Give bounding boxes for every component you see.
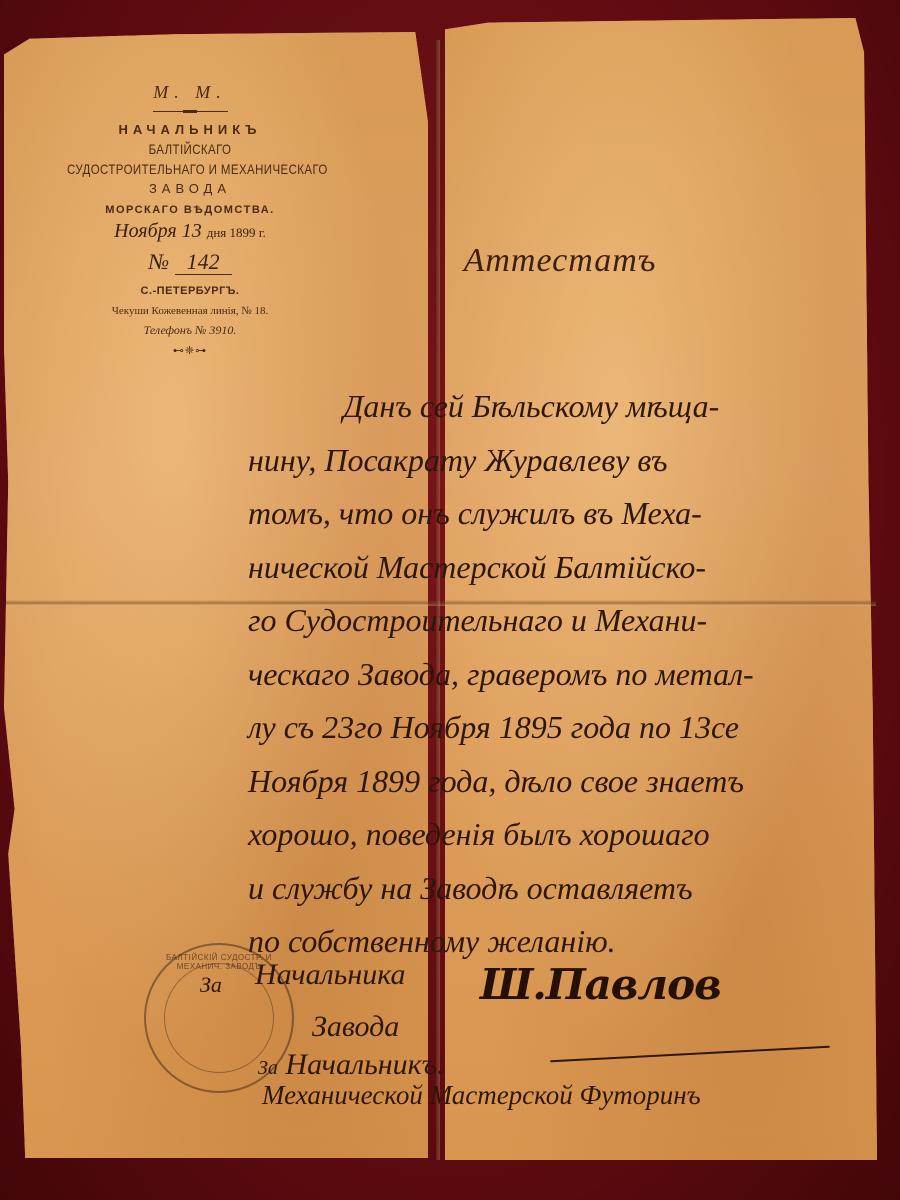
letterhead-title: НАЧАЛЬНИКЪ	[40, 122, 340, 137]
letterhead-line-2: СУДОСТРОИТЕЛЬНАГО И МЕХАНИЧЕСКАГО	[67, 161, 313, 177]
certificate-body: Данъ сей Бѣльскому мѣща- нину, Посакрату…	[248, 380, 878, 969]
body-line: Данъ сей Бѣльскому мѣща-	[248, 380, 878, 434]
body-line: нину, Посакрату Журавлеву въ	[248, 434, 878, 488]
issue-date-month: Ноября	[114, 220, 177, 242]
body-line: нической Мастерской Балтійско-	[248, 541, 878, 595]
letterhead: М. М. НАЧАЛЬНИКЪ БАЛТІЙСКАГО СУДОСТРОИТЕ…	[40, 82, 340, 357]
document-title: Аттестатъ	[400, 242, 720, 280]
body-line: томъ, что онъ служилъ въ Меха-	[248, 487, 878, 541]
issue-date: Ноября 13 дня 1899 г.	[40, 220, 340, 243]
document-number: № 142	[40, 249, 340, 275]
letterhead-initials: М. М.	[40, 82, 340, 103]
issue-date-suffix: дня 1899 г.	[207, 225, 266, 240]
body-line: го Судостроительнаго и Механи-	[248, 594, 878, 648]
letterhead-line-3: ЗАВОДА	[40, 181, 340, 196]
signatory-line-1: За Начальника	[255, 958, 405, 992]
document-number-value: 142	[175, 249, 232, 275]
body-line: ческаго Завода, граверомъ по метал-	[248, 648, 878, 702]
signatory-title: Начальникъ.	[285, 1048, 444, 1081]
letterhead-line-1: БАЛТІЙСКАГО	[67, 141, 313, 157]
issue-date-day: 13	[182, 220, 202, 242]
signatory-line-4: Механической Мастерской Футоринъ	[262, 1080, 701, 1111]
signatory-title: Начальника	[255, 958, 405, 991]
signatory-line-2: Завода	[312, 1010, 399, 1044]
letterhead-city: С.-ПЕТЕРБУРГЪ.	[40, 285, 340, 297]
document-number-label: №	[148, 249, 169, 274]
handwritten-signature: Ш.Павлов	[480, 960, 721, 1009]
signatory-line-3: За Начальникъ.	[258, 1048, 445, 1082]
body-line: Ноября 1899 года, дѣло свое знаетъ	[248, 755, 878, 809]
body-line: хорошо, поведенія былъ хорошаго	[248, 808, 878, 862]
letterhead-ministry: МОРСКАГО ВѢДОМСТВА.	[40, 204, 340, 216]
letterhead-address: Чекуши Кожевенная линія, № 18.	[40, 305, 340, 317]
signatory-prefix: За	[200, 972, 222, 998]
letterhead-phone: Телефонъ № 3910.	[40, 323, 340, 338]
body-line: лу съ 23го Ноября 1895 года по 13се	[248, 701, 878, 755]
signatory-prefix: За	[258, 1057, 278, 1079]
body-line: и службу на Заводѣ оставляетъ	[248, 862, 878, 916]
letterhead-divider	[153, 111, 228, 112]
ornament-icon: ⊷❈⊶	[40, 344, 340, 357]
